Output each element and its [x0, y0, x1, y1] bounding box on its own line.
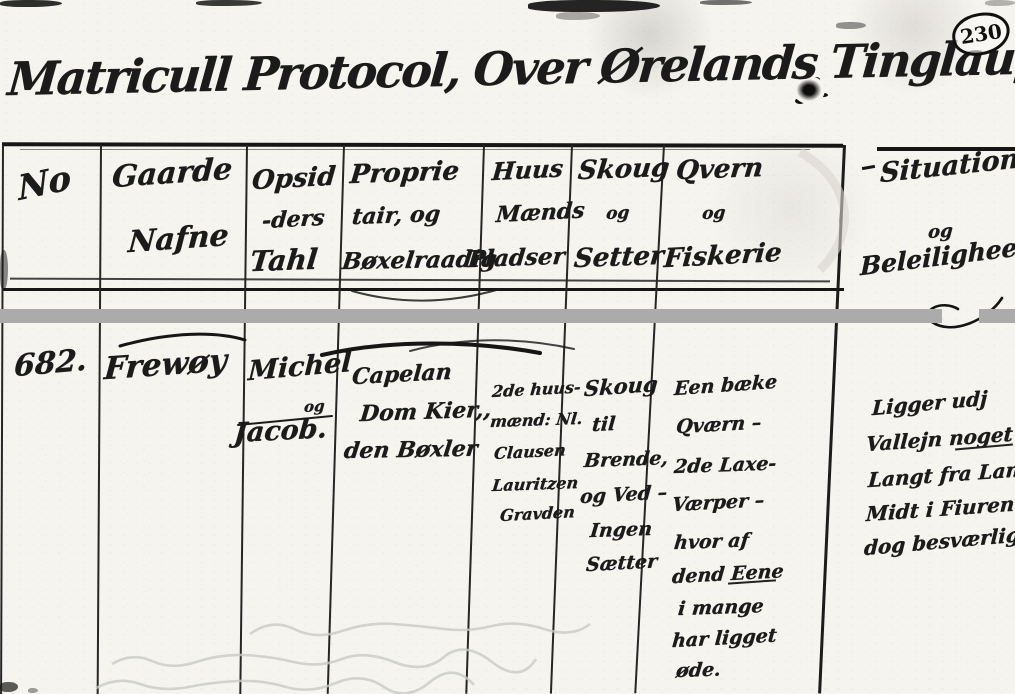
header-bottom-rule-thin: [10, 278, 830, 283]
cell-farm-name: Frewøy: [103, 345, 228, 385]
cell-farm-number: 682.: [13, 346, 87, 383]
page-number: 230: [959, 19, 1004, 49]
col-header-skoug-line2: og: [605, 205, 630, 223]
cell-situation-line4: Midt i Fiuren: [865, 494, 1015, 525]
cell-qvern-line4: Værper –: [671, 491, 765, 515]
right-header-situation-line1: Situation: [880, 145, 1015, 187]
cell-proprietair-line2: Dom Kier,,: [359, 398, 493, 425]
ink-splatter: [793, 76, 825, 104]
scan-smudge: [0, 0, 62, 7]
cell-situation-line3: Langt fra Land: [867, 458, 1015, 490]
col-header-huusmaend-line2: Mænds: [495, 199, 585, 226]
cell-qvern-line7: i mange: [677, 597, 764, 619]
cell-situation-line2: Vallejn noget: [865, 424, 1013, 454]
col-header-proprietair-line2: tair, og: [351, 203, 441, 228]
col-header-opsidders-line3: Tahl: [249, 246, 319, 276]
column-line: [327, 145, 345, 694]
cell-qvern-line5: hvor af: [673, 531, 750, 553]
col-header-gaarde-line2: Nafne: [127, 221, 230, 258]
cell-qvern-line3: 2de Laxe-: [673, 454, 777, 477]
cell-skoug-line5: Ingen: [589, 520, 653, 541]
right-section-dash: [862, 165, 875, 170]
cell-situation-line5: dog besværlig: [863, 524, 1015, 558]
col-header-huusmaend-line1: Huus: [491, 156, 564, 184]
col-header-opsidders-line2: -ders: [261, 207, 325, 232]
cell-skoug-line4: og Ved –: [579, 483, 668, 507]
cell-huusmaend-line3: Clausen: [493, 442, 566, 462]
scan-smudge: [196, 0, 262, 6]
scan-smudge: [0, 682, 18, 692]
scanned-document-page: Matricull Protocol, Over Ørelands Tingla…: [0, 0, 1015, 694]
scan-smudge: [28, 688, 38, 693]
cell-skoug-line2: til: [591, 415, 616, 435]
table-top-rule: [2, 142, 843, 147]
cell-qvern-line1: Een bæke: [673, 373, 777, 399]
cell-huusmaend-line4: Lauritzen: [491, 475, 579, 494]
scan-smudge: [985, 0, 1015, 6]
cell-proprietair-line3: den Bøxler: [343, 438, 479, 462]
scan-smudge: [0, 250, 8, 290]
scan-smudge: [556, 12, 600, 20]
scan-smudge: [836, 22, 866, 29]
scan-smudge: [700, 0, 752, 5]
scan-artifact-band-left: [0, 309, 942, 323]
col-header-no: No: [17, 161, 72, 206]
col-header-opsidders-line1: Opsid: [251, 164, 337, 195]
cell-qvern-line2: Qværn –: [675, 413, 762, 437]
col-header-qvern-line3: Fiskerie: [663, 240, 783, 272]
right-header-situation-line2: og: [927, 222, 953, 242]
col-header-skoug-line3: Setter: [573, 243, 665, 272]
page-fold-border-line: [818, 145, 846, 694]
cell-huusmaend-line5: Gravden: [499, 504, 575, 524]
cell-qvern-line9: øde.: [675, 660, 722, 681]
cell-skoug-line1: Skoug: [583, 373, 658, 399]
cell-skoug-line3: Brende,: [583, 449, 669, 471]
table-top-rule-thin: [20, 149, 810, 150]
document-title: Matricull Protocol, Over Ørelands Tingla…: [6, 34, 1015, 102]
cell-opsidder-line3: Jacob.: [233, 415, 328, 447]
col-header-qvern-line2: og: [701, 205, 726, 223]
cell-situation-line1: Ligger udj: [871, 388, 987, 418]
col-header-huusmaend-line3: Pladser: [467, 245, 566, 271]
col-header-skoug-line1: Skoug: [577, 155, 671, 184]
table-left-edge-line: [0, 145, 4, 694]
cell-qvern-line8: har ligget: [671, 626, 777, 651]
column-line: [97, 145, 102, 694]
col-header-gaarde-line1: Gaarde: [111, 154, 233, 193]
scan-artifact-band-right: [979, 309, 1015, 323]
cell-proprietair-line1: Capelan: [351, 361, 453, 388]
col-header-qvern-line1: Qvern: [675, 155, 765, 184]
cell-huusmaend-line2: mænd: Nl.: [489, 411, 583, 430]
cell-skoug-line6: Sætter: [585, 552, 658, 575]
col-header-proprietair-line1: Proprie: [349, 158, 461, 188]
scan-smudge: [528, 0, 660, 12]
header-bottom-rule: [2, 288, 844, 291]
column-line: [634, 145, 665, 693]
cell-huusmaend-line1: 2de huus-: [491, 379, 581, 400]
